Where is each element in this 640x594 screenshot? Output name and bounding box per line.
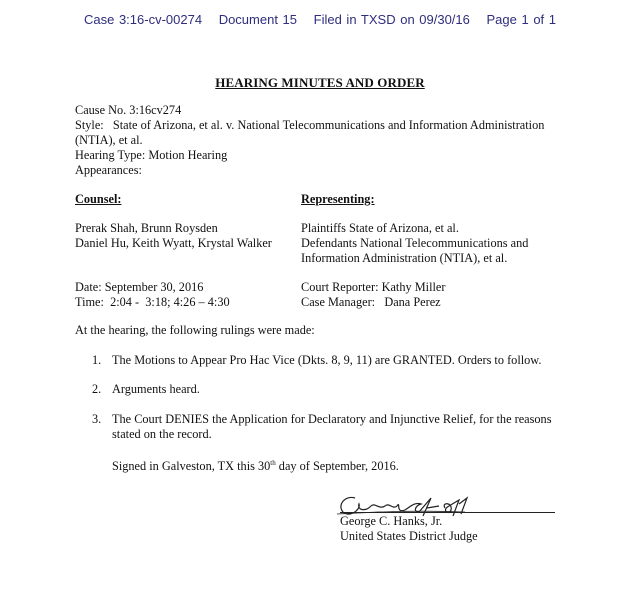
- court-reporter: Court Reporter: Kathy Miller: [301, 280, 445, 295]
- ruling-text: The Motions to Appear Pro Hac Vice (Dkts…: [112, 353, 541, 368]
- hearing-time: Time: 2:04 - 3:18; 4:26 – 4:30: [75, 295, 230, 310]
- style-line-2: (NTIA), et al.: [75, 133, 143, 148]
- counsel-heading: Counsel:: [75, 192, 121, 207]
- ruling-text-continued: stated on the record.: [112, 427, 212, 442]
- judge-name: George C. Hanks, Jr.: [340, 514, 442, 529]
- appearances-label: Appearances:: [75, 163, 142, 178]
- case-manager: Case Manager: Dana Perez: [301, 295, 441, 310]
- case-number: Case 3:16-cv-00274: [84, 12, 202, 27]
- representing-row: Information Administration (NTIA), et al…: [301, 251, 507, 266]
- document-number: Document 15: [219, 12, 297, 27]
- ruling-text: Arguments heard.: [112, 382, 200, 397]
- filed-date: Filed in TXSD on 09/30/16: [314, 12, 470, 27]
- hearing-type: Hearing Type: Motion Hearing: [75, 148, 227, 163]
- representing-row: Plaintiffs State of Arizona, et al.: [301, 221, 459, 236]
- ruling-number: 1.: [92, 353, 101, 368]
- representing-heading: Representing:: [301, 192, 375, 207]
- cause-number: Cause No. 3:16cv274: [75, 103, 181, 118]
- ruling-text: The Court DENIES the Application for Dec…: [112, 412, 551, 427]
- filing-stamp: Case 3:16-cv-00274 Document 15 Filed in …: [0, 12, 640, 27]
- ruling-number: 2.: [92, 382, 101, 397]
- representing-row: Defendants National Telecommunications a…: [301, 236, 528, 251]
- signed-statement: Signed in Galveston, TX this 30th day of…: [112, 456, 399, 474]
- counsel-row: Daniel Hu, Keith Wyatt, Krystal Walker: [75, 236, 272, 251]
- rulings-intro: At the hearing, the following rulings we…: [75, 323, 315, 338]
- hearing-date: Date: September 30, 2016: [75, 280, 203, 295]
- ruling-number: 3.: [92, 412, 101, 427]
- page-indicator: Page 1 of 1: [487, 12, 557, 27]
- signature-line: [340, 512, 555, 513]
- counsel-row: Prerak Shah, Brunn Roysden: [75, 221, 218, 236]
- document-title: HEARING MINUTES AND ORDER: [0, 75, 640, 91]
- judge-title: United States District Judge: [340, 529, 478, 544]
- style-line-1: Style: State of Arizona, et al. v. Natio…: [75, 118, 544, 133]
